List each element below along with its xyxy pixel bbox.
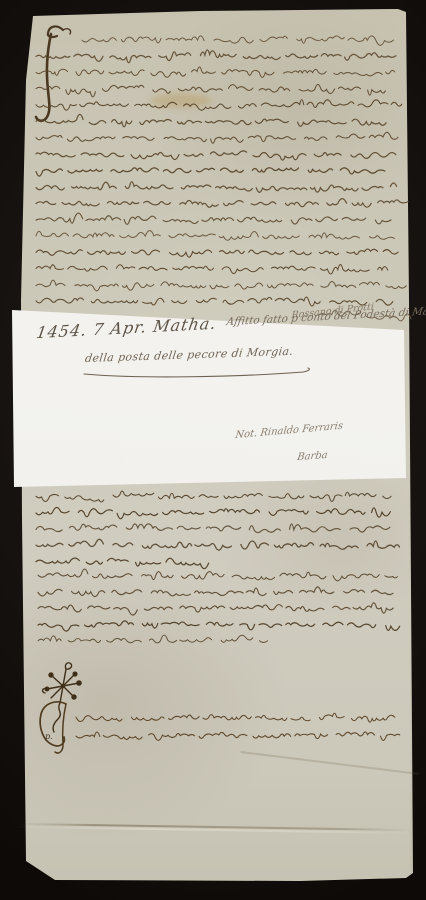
ink-stain (150, 93, 212, 108)
slip-notary-place: Barba (296, 450, 328, 463)
photograph-of-manuscript: p. Rossano di Protti 1454. 7 Apr. Matha.… (0, 0, 426, 900)
